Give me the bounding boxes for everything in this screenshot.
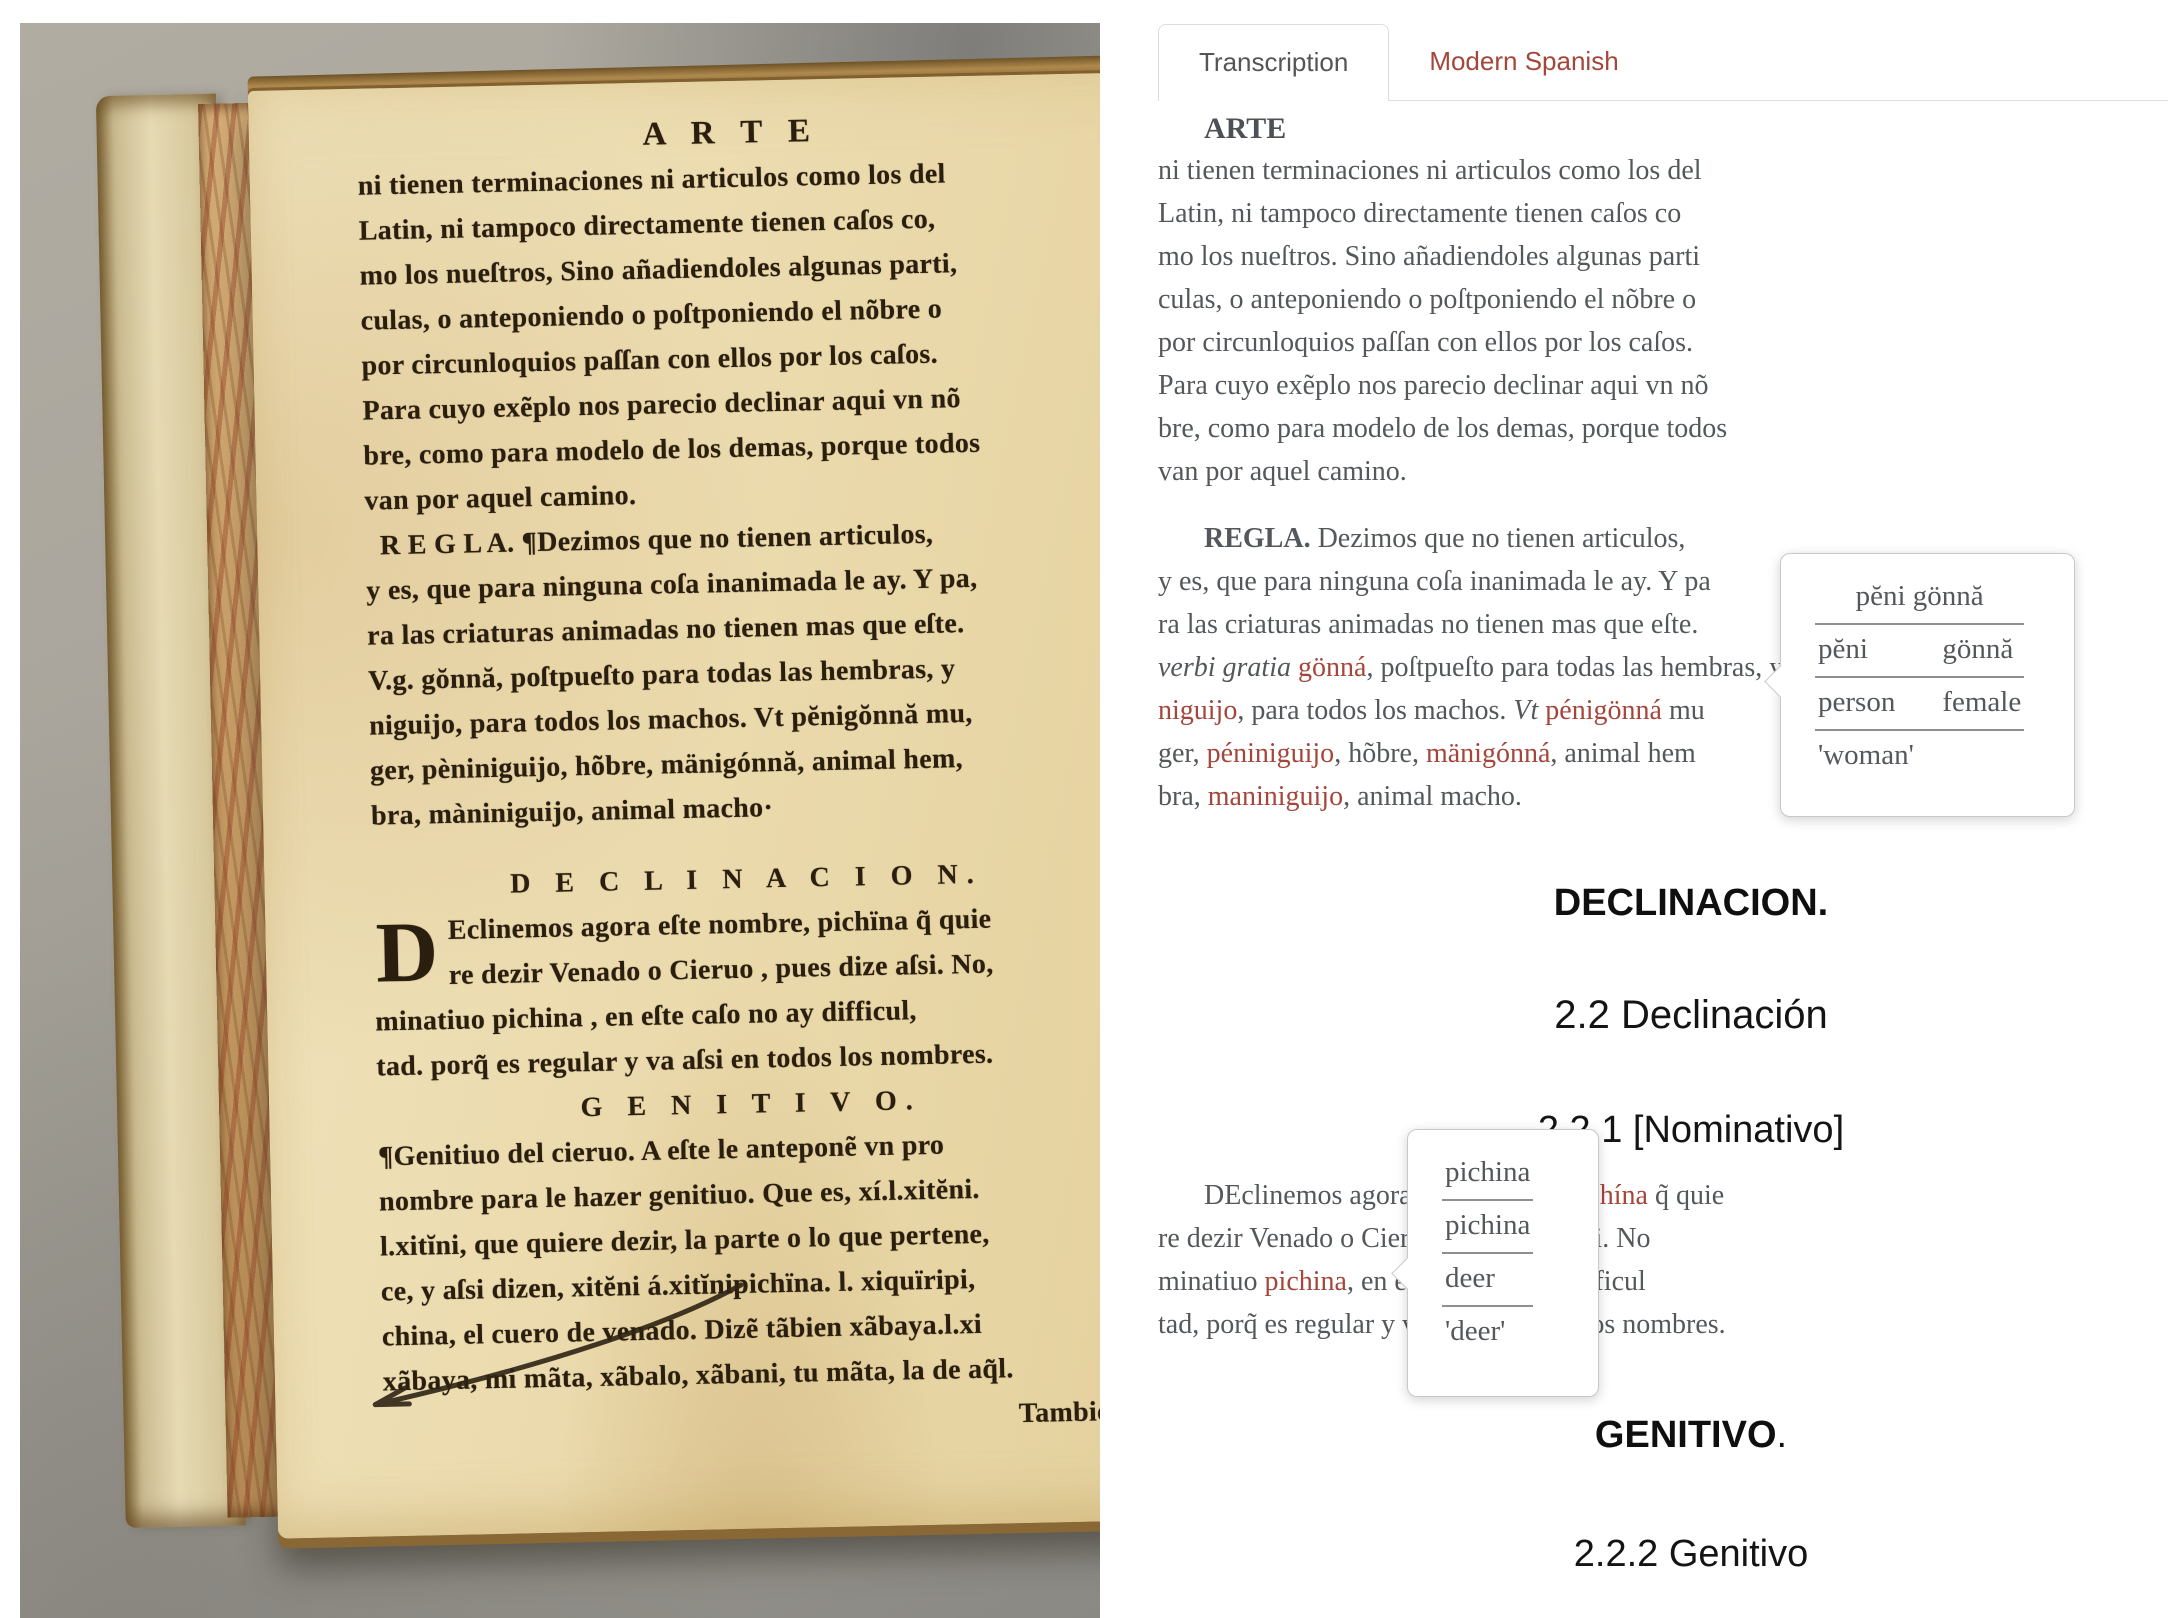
glossed-word[interactable]: pénigönná bbox=[1545, 695, 1662, 726]
transcription-line: por circunloquios paſſan con ellos por l… bbox=[1158, 321, 2168, 364]
gloss-table-deer: pichina pichina deer 'deer' bbox=[1442, 1148, 1533, 1358]
transcription-line: Para cuyo exẽplo nos parecio declinar aq… bbox=[1158, 364, 2168, 407]
tab-transcription[interactable]: Transcription bbox=[1158, 24, 1389, 101]
book-page: A R T Eni tienen terminaciones ni articu… bbox=[248, 71, 1100, 1539]
section-heading-declinacion: DECLINACION. bbox=[1158, 880, 2168, 926]
transcription-line: re dezir Venado o Cieruo, pues dize aſsi… bbox=[1158, 1217, 2168, 1260]
glossed-word[interactable]: péniniguijo bbox=[1207, 738, 1335, 769]
gloss-meaning: deer bbox=[1442, 1253, 1533, 1306]
handwritten-flourish bbox=[333, 1268, 776, 1437]
transcription-line: ni tienen terminaciones ni articulos com… bbox=[1158, 149, 2168, 192]
transcription-line: DEclinemos agora eſte nombre, pichína q̃… bbox=[1158, 1174, 2168, 1217]
section-heading-2-2: 2.2 Declinación bbox=[1158, 990, 2168, 1040]
genitivo-word: GENITIVO bbox=[1595, 1414, 1777, 1456]
transcription-paragraph-1: ni tienen terminaciones ni articulos com… bbox=[1158, 149, 2168, 493]
transcription-paragraph-declinemos: DEclinemos agora eſte nombre, pichína q̃… bbox=[1158, 1174, 2168, 1346]
tab-bar: Transcription Modern Spanish bbox=[1158, 21, 2168, 101]
gloss-morpheme: pĕni bbox=[1815, 624, 1898, 677]
gloss-morpheme: gönnă bbox=[1898, 624, 2024, 677]
tab-modern-spanish[interactable]: Modern Spanish bbox=[1389, 24, 1658, 100]
gloss-word-row: pichina bbox=[1442, 1148, 1533, 1200]
book-photograph: A R T Eni tienen terminaciones ni articu… bbox=[20, 23, 1100, 1618]
transcription-line: tad, porq̃ es regular y va aſsi en todos… bbox=[1158, 1303, 2168, 1346]
gloss-translation: 'deer' bbox=[1442, 1306, 1533, 1358]
genitivo-period: . bbox=[1777, 1414, 1788, 1456]
gloss-meaning: person bbox=[1815, 677, 1898, 730]
glossed-word[interactable]: maniniguijo bbox=[1208, 781, 1343, 812]
transcription-line: van por aquel camino. bbox=[1158, 450, 2168, 493]
transcription-line: bre, como para modelo de los demas, porq… bbox=[1158, 407, 2168, 450]
glossed-word[interactable]: gönná bbox=[1298, 652, 1366, 683]
gloss-translation: 'woman' bbox=[1815, 730, 2024, 782]
glossed-word[interactable]: niguijo bbox=[1158, 695, 1237, 726]
gloss-meaning: female bbox=[1898, 677, 2024, 730]
gloss-popup-deer: pichina pichina deer 'deer' bbox=[1407, 1129, 1599, 1397]
section-heading-2-2-2: 2.2.2 Genitivo bbox=[1158, 1530, 2168, 1578]
section-heading-genitivo: GENITIVO. bbox=[1158, 1412, 2168, 1458]
transcription-panel: Transcription Modern Spanish ARTE ni tie… bbox=[1158, 0, 2168, 1618]
glossed-word[interactable]: mänigónná bbox=[1426, 738, 1550, 769]
transcription-line: culas, o anteponiendo o poſtponiendo el … bbox=[1158, 278, 2168, 321]
book: A R T Eni tienen terminaciones ni articu… bbox=[96, 60, 1100, 1574]
gloss-popup-woman: pĕni gönnă pĕni gönnă person female 'wom… bbox=[1780, 553, 2075, 817]
transcription-heading: ARTE bbox=[1158, 109, 2168, 149]
book-page-text: A R T Eni tienen terminaciones ni articu… bbox=[356, 103, 1100, 1449]
transcription-line: Latin, ni tampoco directamente tienen ca… bbox=[1158, 192, 2168, 235]
glossed-word[interactable]: pichina bbox=[1265, 1266, 1347, 1297]
gloss-word-row: pĕni gönnă bbox=[1815, 572, 2024, 624]
gloss-morpheme: pichina bbox=[1442, 1200, 1533, 1253]
gloss-table-woman: pĕni gönnă pĕni gönnă person female 'wom… bbox=[1815, 572, 2024, 782]
drop-cap: D bbox=[373, 908, 449, 990]
transcription-line: minatiuo pichina, en eſte caſo no ay dif… bbox=[1158, 1260, 2168, 1303]
transcription-line: mo los nueſtros. Sino añadiendoles algun… bbox=[1158, 235, 2168, 278]
section-heading-2-2-1: 2.2.1 [Nominativo] bbox=[1158, 1106, 2168, 1154]
